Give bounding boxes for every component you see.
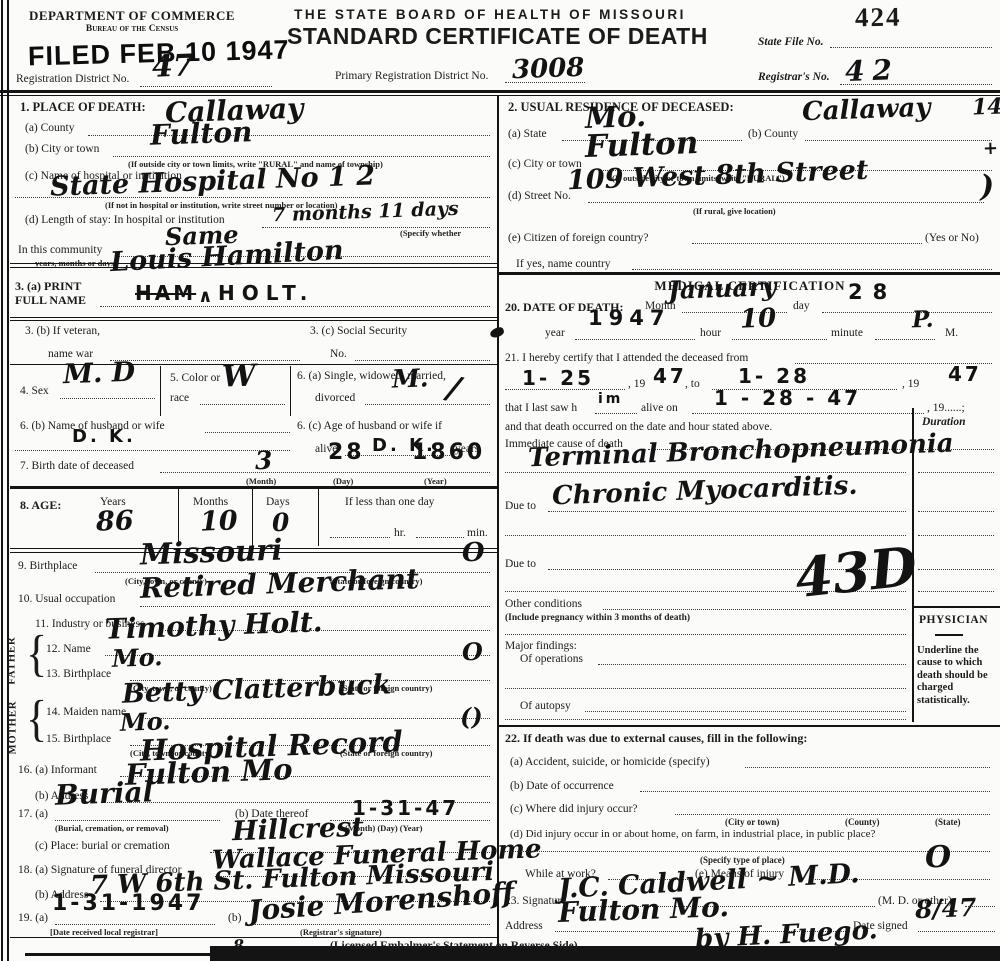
print-name-line — [100, 306, 490, 307]
other-conditions-note: (Include pregnancy within 3 months of de… — [505, 613, 690, 623]
spouse-age-label-1: 6. (c) Age of husband or wife if — [297, 420, 442, 432]
institution-line — [15, 197, 490, 198]
sex-value: M. D — [63, 359, 136, 389]
city-value: Fulton — [150, 118, 253, 150]
birth-month-note: (Month) — [246, 476, 276, 486]
external-title: 22. If death was due to external causes,… — [505, 731, 807, 746]
marital-mark: / — [445, 371, 463, 405]
state-file-label: State File No. — [758, 36, 824, 48]
residence-margin-mark: + — [983, 140, 999, 159]
external-b-label: (b) Date of occurrence — [510, 780, 614, 792]
birth-day-note: (Day) — [333, 476, 353, 486]
marital-value: M. — [392, 365, 429, 391]
mother-birthplace-mark: () — [460, 705, 484, 730]
print-name-label-2: FULL NAME — [15, 293, 86, 308]
mother-birthplace-label: 15. Birthplace — [46, 733, 111, 745]
dod-day-value: 28 — [848, 282, 897, 303]
form-title: STANDARD CERTIFICATE OF DEATH — [287, 23, 687, 50]
dod-month-value: January — [668, 274, 777, 303]
country-label: If yes, name country — [516, 258, 611, 270]
disposition-date-value: 1-31-47 — [352, 798, 459, 818]
age-label: 8. AGE: — [20, 498, 61, 513]
physician-note: Underline the cause to which death shoul… — [917, 645, 997, 707]
dod-minute-line — [875, 339, 935, 340]
primary-district-label: Primary Registration District No. — [335, 70, 488, 82]
disposition-line — [55, 820, 220, 821]
left-bottom-rule — [10, 937, 497, 938]
external-a-label: (a) Accident, suicide, or homicide (spec… — [510, 756, 710, 768]
birth-month-value: 3 — [255, 448, 273, 474]
other-conditions-line — [603, 609, 906, 610]
father-name-value: Timothy Holt. — [105, 608, 323, 644]
comma19-b: , 19 — [902, 378, 919, 390]
means-of-injury-mark: O — [924, 843, 951, 874]
birthdate-label: 7. Birth date of deceased — [20, 460, 134, 472]
citizen-suffix: (Yes or No) — [925, 232, 979, 244]
occupation-label: 10. Usual occupation — [18, 593, 115, 605]
name-rule-b — [10, 320, 497, 321]
father-brace: { — [26, 629, 47, 680]
due1-line-b — [505, 535, 906, 536]
mother-maiden-line — [145, 718, 490, 719]
physician-label: PHYSICIAN — [919, 614, 988, 626]
duration-label: Duration — [922, 416, 965, 428]
left-scan-border-inner — [7, 0, 9, 961]
mother-maiden-label: 14. Maiden name — [46, 706, 126, 718]
due2-label: Due to — [505, 558, 536, 570]
race-line — [200, 404, 285, 405]
bottom-scan-line-left — [25, 953, 210, 956]
age-years-value: 86 — [96, 507, 134, 535]
citizen-line — [692, 243, 922, 244]
father-birthplace-mark: O — [462, 640, 484, 665]
registration-district-line — [140, 86, 272, 87]
operations-line — [598, 664, 906, 665]
spouse-line-a — [205, 432, 290, 433]
mother-maiden-value: Betty Clatterbuck — [122, 671, 392, 707]
registrar-mark: 8 — [233, 938, 245, 954]
county-label: (a) County — [25, 122, 75, 134]
dod-hour-line — [732, 339, 827, 340]
board-title: THE STATE BOARD OF HEALTH OF MISSOURI — [290, 7, 690, 22]
disposition-label: 17. (a) — [18, 808, 48, 820]
marital-line — [365, 404, 490, 405]
signature23-address-label: Address — [505, 920, 543, 932]
residence-city-value: Fulton — [584, 128, 698, 163]
father-side-label: FATHER — [7, 636, 18, 684]
cause-line-b2 — [918, 472, 994, 473]
registration-district-value: 47 — [151, 51, 194, 82]
external-top-rule — [497, 725, 1000, 727]
marital-label-2: divorced — [315, 392, 355, 404]
death-certificate-scan: DEPARTMENT OF COMMERCE Bureau of the Cen… — [0, 0, 1000, 961]
external-b-line — [640, 791, 990, 792]
print-name-label-1: 3. (a) PRINT — [15, 279, 81, 294]
veteran-war-line — [110, 360, 300, 361]
place-of-death-title: 1. PLACE OF DEATH: — [20, 100, 146, 115]
registrar-date-note: [Date received local registrar] — [50, 927, 158, 937]
residence-county-label: (b) County — [748, 128, 798, 140]
residence-county-value: Callaway — [802, 95, 931, 125]
age-hr-label: hr. — [394, 527, 406, 539]
ss-label: 3. (c) Social Security — [310, 325, 407, 337]
stay-note: (Specify whether — [400, 228, 461, 238]
community-label: In this community — [18, 244, 102, 256]
due1-line-a2 — [918, 511, 994, 512]
physician-box-top-rule — [913, 606, 1000, 608]
birthplace-mark: O — [462, 540, 486, 567]
dod-ampm-value: P. — [912, 308, 934, 332]
birth-year-note: (Year) — [424, 476, 447, 486]
informant-label: 16. (a) Informant — [18, 764, 97, 776]
saw-gap-line — [595, 413, 637, 414]
mother-side-label: MOTHER — [7, 701, 18, 755]
age-months-value: 10 — [200, 507, 238, 535]
registrar-no-label: Registrar's No. — [758, 71, 830, 83]
spouse-line-b — [15, 450, 290, 451]
external-a-line — [745, 767, 990, 768]
birthdate-line — [160, 472, 490, 473]
signature23-address-value: Fulton Mo. — [558, 893, 730, 927]
residence-street-line — [588, 202, 984, 203]
residence-street-note: (If rural, give location) — [693, 206, 776, 216]
disposition-value: Burial — [55, 778, 154, 809]
certify-label: 21. I hereby certify that I attended the… — [505, 352, 748, 364]
dod-day-line — [822, 312, 992, 313]
embalmer-note: (Licensed Embalmer's Statement on Revers… — [330, 940, 578, 952]
veteran-label: 3. (b) If veteran, — [25, 325, 100, 337]
birth-day-value: 28 — [328, 442, 365, 464]
residence-street-label: (d) Street No. — [508, 190, 571, 202]
header-rule-thick — [0, 90, 1000, 93]
due1-label: Due to — [505, 500, 536, 512]
printed-name-struck: HAM — [135, 283, 196, 303]
city-line — [113, 156, 490, 157]
registrar-b-label: (b) — [228, 912, 241, 924]
institution-value: State Hospital No 1 2 — [50, 162, 376, 200]
dod-hour-value: 10 — [740, 305, 777, 332]
agency-name: DEPARTMENT OF COMMERCE — [22, 8, 242, 24]
external-c-label: (c) Where did injury occur? — [510, 803, 638, 815]
residence-state-label: (a) State — [508, 128, 547, 140]
ss-no-line — [355, 360, 490, 361]
printed-name-caret: ∧ — [198, 288, 216, 306]
from-year-value: 47 — [653, 366, 687, 386]
due1-line-b2 — [918, 535, 994, 536]
residence-street-mark: ) — [979, 172, 994, 202]
race-value: W — [221, 361, 256, 392]
age-divider-3 — [318, 489, 319, 546]
primary-district-value: 3008 — [512, 55, 585, 84]
registrar-no-value: 42 — [845, 56, 901, 86]
ss-no-label: No. — [330, 348, 347, 360]
disposition-note: (Burial, cremation, or removal) — [55, 823, 169, 833]
comma19-a: , 19 — [628, 378, 645, 390]
printed-name-value: HOLT. — [218, 283, 314, 303]
dod-m-label: M. — [945, 327, 958, 339]
age-min-line — [416, 537, 464, 538]
external-d-line — [505, 851, 990, 852]
stay-value: 7 months 11 days — [272, 200, 459, 226]
agency-bureau: Bureau of the Census — [22, 24, 242, 34]
him-value: im — [598, 392, 623, 406]
due2-line-a2 — [918, 569, 994, 570]
sex-label: 4. Sex — [20, 385, 49, 397]
operations-line-b — [505, 688, 906, 689]
major-findings-label: Major findings: — [505, 640, 577, 652]
due2-line-b2 — [918, 591, 994, 592]
state-file-line — [830, 47, 992, 48]
occupation-value: Retired Merchant — [140, 565, 420, 603]
mother-brace: { — [26, 694, 47, 745]
registration-district-label: Registration District No. — [16, 73, 129, 85]
external-c-note-1: (City or town) — [725, 817, 779, 827]
father-birthplace-label: 13. Birthplace — [46, 668, 111, 680]
age-hr-line — [330, 537, 390, 538]
cause-value: Terminal Bronchopneumonia — [528, 431, 954, 472]
country-line — [632, 269, 992, 270]
column-divider — [497, 96, 499, 947]
mother-birthplace-value: Mo. — [120, 709, 171, 735]
dod-minute-label: minute — [831, 327, 863, 339]
date-signed-line — [918, 931, 995, 932]
written-name-value: Louis Hamilton — [109, 237, 344, 276]
external-c-note-2: (County) — [845, 817, 880, 827]
other-line-b — [505, 634, 906, 635]
state-file-value: 424 — [855, 2, 902, 34]
due1-line-a — [548, 511, 906, 512]
race-label-2: race — [170, 392, 189, 404]
father-name-label: 12. Name — [46, 643, 91, 655]
date-signed-value: 8/47 — [915, 895, 977, 922]
race-marital-divider — [290, 366, 291, 416]
sex-race-divider — [160, 366, 161, 416]
registrar-signature-note: (Registrar's signature) — [300, 927, 382, 937]
registrar-date-value: 1-31-1947 — [52, 893, 204, 915]
spouse-value: D. K. — [72, 428, 136, 446]
age-box-top-rule — [10, 486, 497, 489]
autopsy-line-b — [505, 719, 906, 720]
to-label: , to — [685, 378, 700, 390]
dod-hour-label: hour — [700, 327, 721, 339]
father-birthplace-value: Mo. — [112, 645, 163, 671]
disposition-place-label: (c) Place: burial or cremation — [35, 840, 170, 852]
registrar-date-line — [55, 924, 215, 925]
external-d-label: (d) Did injury occur in or about home, o… — [510, 828, 875, 840]
name-rule-a — [10, 317, 497, 318]
birth-year-value: 1860 — [412, 442, 485, 464]
saw-label: that I last saw h — [505, 402, 577, 414]
occurred-label: and that death occurred on the date and … — [505, 421, 772, 433]
physician-dash — [935, 634, 963, 636]
due1-value: Chronic Myocarditis. — [552, 473, 858, 510]
bottom-scan-bar — [210, 946, 1000, 961]
ink-blot — [489, 326, 505, 339]
autopsy-line — [585, 711, 906, 712]
dod-year-line — [575, 339, 695, 340]
sex-line — [60, 398, 155, 399]
other-conditions-mark: 43D — [793, 539, 920, 605]
city-label: (b) City or town — [25, 143, 99, 155]
county-line — [88, 135, 490, 136]
race-label-1: 5. Color or — [170, 372, 220, 384]
from-value: 1- 25 — [522, 368, 594, 388]
dod-year-label: year — [545, 327, 565, 339]
age-days-value: 0 — [272, 510, 290, 536]
left-scan-border-outer — [1, 0, 3, 961]
age-days-label: Days — [266, 496, 290, 508]
alive-value: 1 - 28 - 47 — [714, 388, 861, 408]
operations-label: Of operations — [520, 653, 583, 665]
birthplace-value: Missouri — [140, 536, 283, 570]
registrar-label: 19. (a) — [18, 912, 48, 924]
dod-day-label: day — [793, 300, 810, 312]
citizen-label: (e) Citizen of foreign country? — [508, 232, 649, 244]
to-year-value: 47 — [948, 364, 982, 384]
other-conditions-label: Other conditions — [505, 598, 582, 610]
age-less-label: If less than one day — [345, 496, 434, 508]
dod-year-value: 1947 — [588, 308, 670, 329]
residence-county-line — [805, 140, 992, 141]
external-c-note-3: (State) — [935, 817, 961, 827]
alive-line — [692, 413, 924, 414]
birthplace-label: 9. Birthplace — [18, 560, 77, 572]
residence-county-mark: 14 — [972, 95, 1000, 118]
autopsy-label: Of autopsy — [520, 700, 571, 712]
alive-suffix: , 19......; — [927, 402, 965, 414]
alive-label: alive on — [641, 402, 678, 414]
external-c-line — [675, 814, 990, 815]
to-value: 1- 28 — [738, 366, 810, 386]
